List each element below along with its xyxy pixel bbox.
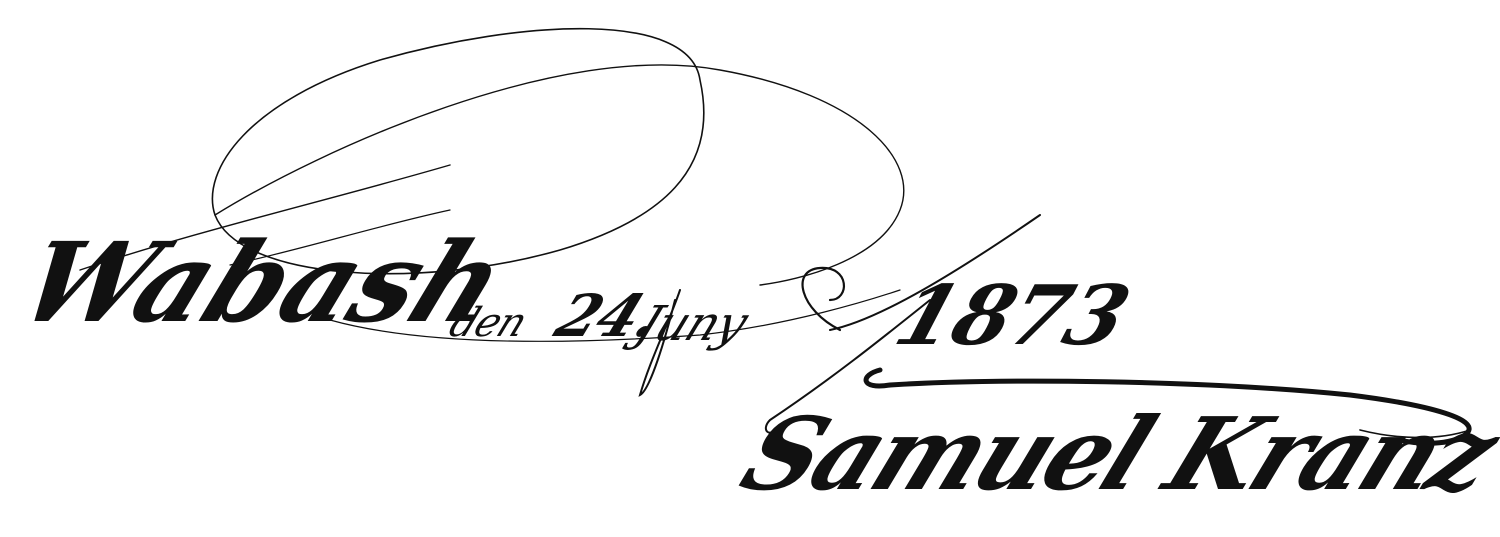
signature-sheet: Wabash den 24. Juny 1873 Samuel Kranz <box>0 0 1500 537</box>
signer-name: Samuel Kranz <box>726 395 1500 513</box>
place-name: Wabash <box>2 218 523 347</box>
date-year: 1873 <box>884 268 1139 364</box>
